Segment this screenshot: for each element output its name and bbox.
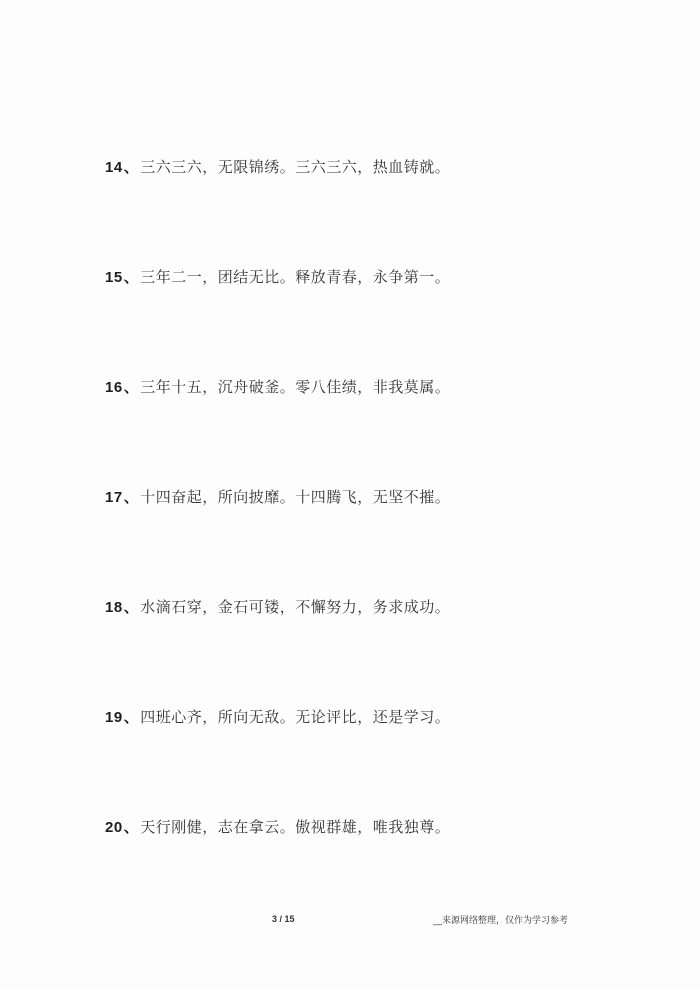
list-item: 18、水滴石穿，金石可镂，不懈努力，务求成功。 [105, 597, 450, 618]
item-separator: 、 [124, 599, 140, 616]
item-number: 17 [105, 489, 123, 506]
item-separator: 、 [124, 159, 140, 176]
item-separator: 、 [124, 489, 140, 506]
source-note: __来源网络整理，仅作为学习参考 [433, 913, 568, 926]
list-item: 19、四班心齐，所向无敌。无论评比，还是学习。 [105, 707, 450, 728]
item-number: 16 [105, 379, 123, 396]
item-separator: 、 [124, 379, 140, 396]
item-text: 三六三六，无限锦绣。三六三六，热血铸就。 [140, 158, 450, 176]
item-text: 水滴石穿，金石可镂，不懈努力，务求成功。 [140, 598, 450, 616]
item-separator: 、 [124, 709, 140, 726]
item-separator: 、 [124, 819, 140, 836]
item-text: 十四奋起，所向披靡。十四腾飞，无坚不摧。 [140, 488, 450, 506]
list-item: 20、天行刚健，志在拿云。傲视群雄，唯我独尊。 [105, 817, 450, 838]
item-text: 四班心齐，所向无敌。无论评比，还是学习。 [140, 708, 450, 726]
item-text: 三年二一，团结无比。释放青春，永争第一。 [140, 268, 450, 286]
list-item: 15、三年二一，团结无比。释放青春，永争第一。 [105, 267, 450, 288]
item-separator: 、 [124, 269, 140, 286]
list-item: 14、三六三六，无限锦绣。三六三六，热血铸就。 [105, 157, 450, 178]
item-text: 三年十五，沉舟破釜。零八佳绩，非我莫属。 [140, 378, 450, 396]
item-text: 天行刚健，志在拿云。傲视群雄，唯我独尊。 [140, 818, 450, 836]
document-page: 14、三六三六，无限锦绣。三六三六，热血铸就。 15、三年二一，团结无比。释放青… [0, 0, 700, 989]
item-number: 14 [105, 159, 123, 176]
page-indicator: 3 / 15 [272, 914, 295, 924]
list-item: 16、三年十五，沉舟破釜。零八佳绩，非我莫属。 [105, 377, 450, 398]
list-item: 17、十四奋起，所向披靡。十四腾飞，无坚不摧。 [105, 487, 450, 508]
item-number: 18 [105, 599, 123, 616]
item-number: 20 [105, 819, 123, 836]
item-number: 19 [105, 709, 123, 726]
item-number: 15 [105, 269, 123, 286]
